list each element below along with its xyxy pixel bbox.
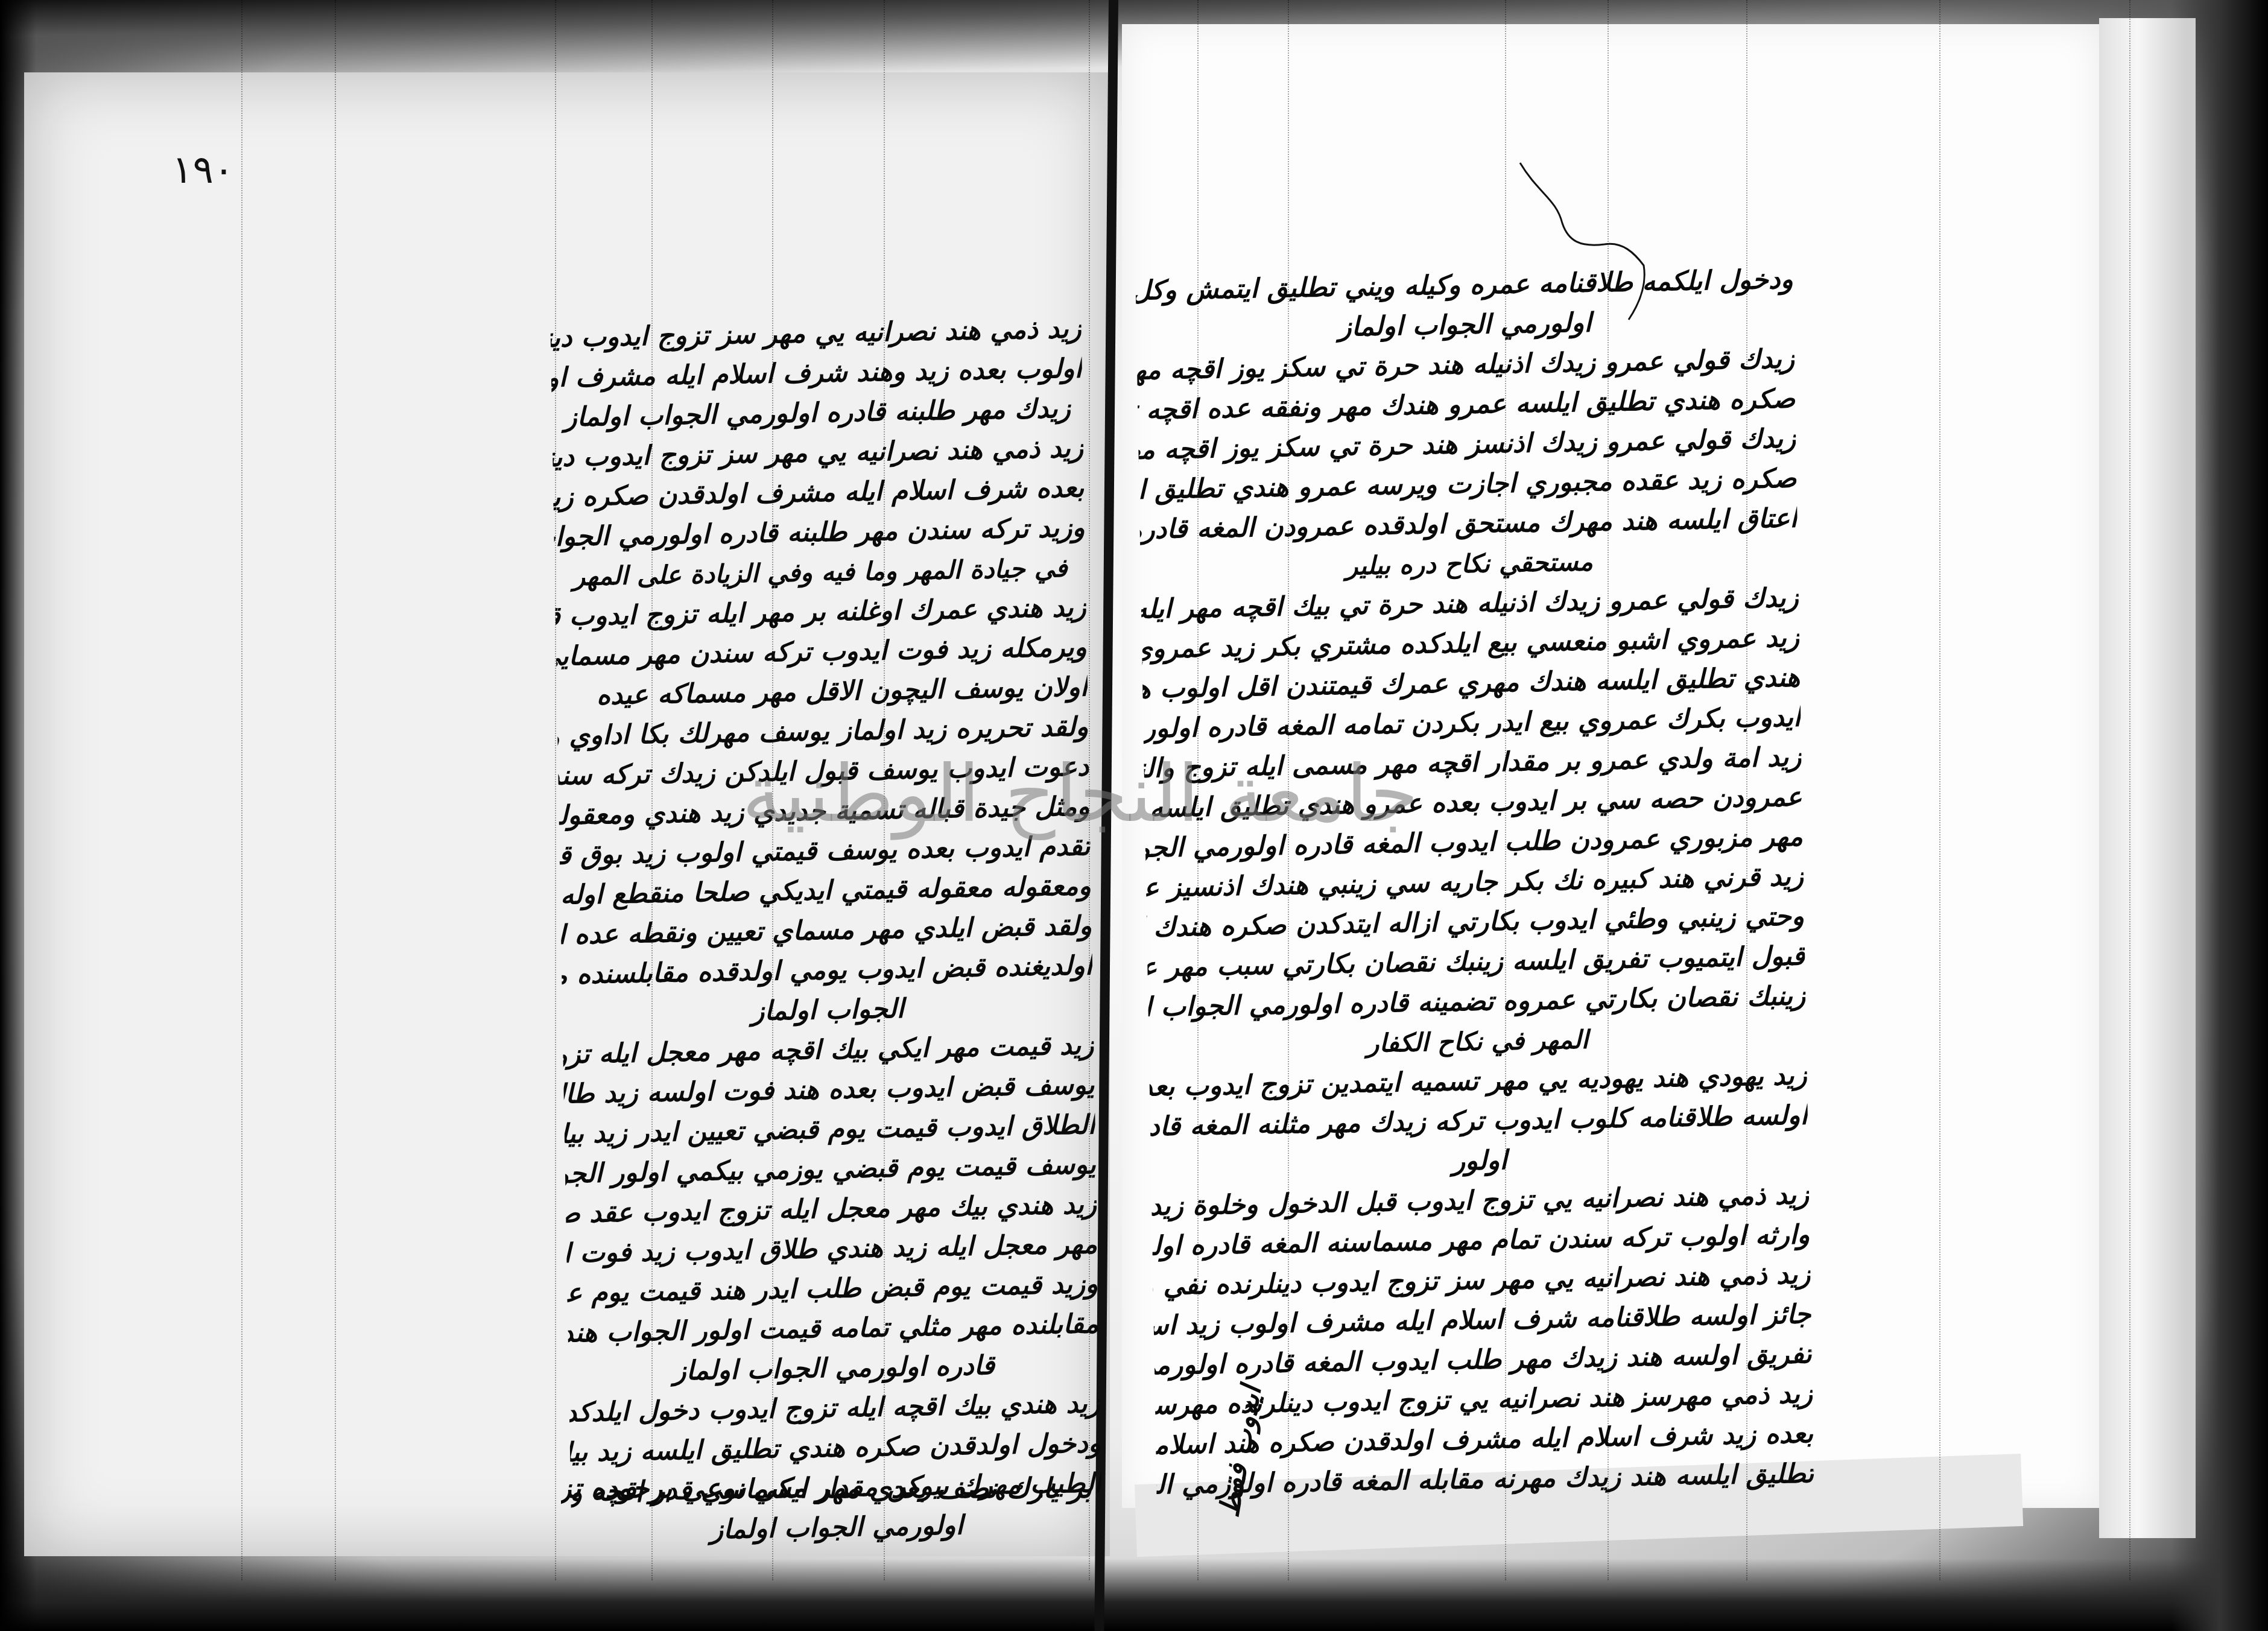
- ruling-line: [2129, 0, 2130, 1580]
- left-page-catchword: بر يارك نصف بعدي مهر ايكي نوعي برجوده تز…: [561, 1472, 1092, 1504]
- right-page-text: ودخول ايلكمه طلاقنامه عمره وكيله ويني تط…: [1135, 260, 1814, 1506]
- bottom-shadow: [0, 1559, 2268, 1631]
- page-edge-strip: [2099, 18, 2196, 1538]
- ruling-line: [241, 0, 242, 1580]
- ruling-line: [555, 0, 556, 1580]
- ruling-line: [335, 0, 336, 1580]
- folio-number: ١٩٠: [172, 148, 234, 192]
- left-page-text: زيد ذمي هند نصرانيه يي مهر سز تزوج ايدوب…: [550, 309, 1103, 1552]
- institution-watermark: جامعة النجاح الوطنية: [742, 748, 1419, 840]
- ruling-line: [1939, 0, 1940, 1580]
